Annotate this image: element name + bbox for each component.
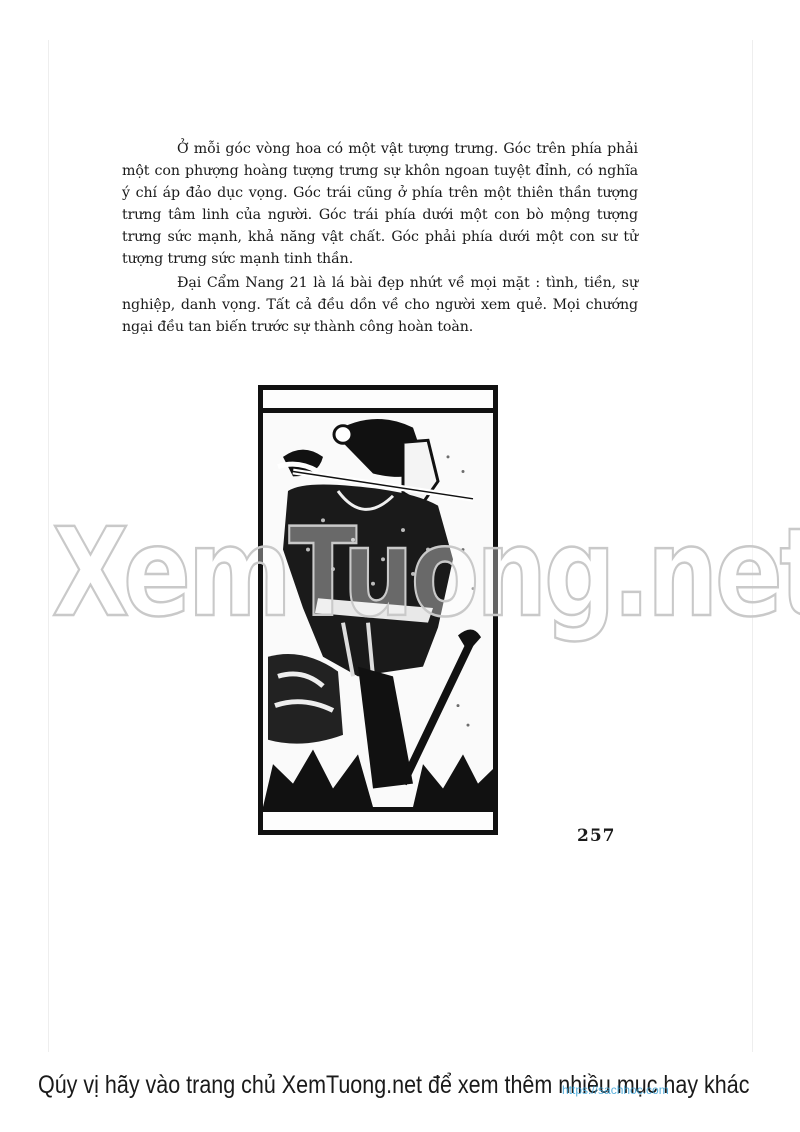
paragraph-symbols: Ở mỗi góc vòng hoa có một vật tượng trưn… — [122, 138, 638, 270]
tarot-card-illustration — [258, 385, 498, 835]
body-text: Ở mỗi góc vòng hoa có một vật tượng trưn… — [122, 138, 638, 338]
page-edge-left — [48, 40, 49, 1052]
card-top-band — [263, 390, 493, 413]
card-bottom-band — [263, 807, 493, 830]
page-number: 257 — [577, 826, 616, 846]
footer-prefix: Qúy vị hãy vào trang chủ — [38, 1071, 282, 1099]
woodcut-figure-image — [263, 413, 493, 807]
overlay-url[interactable]: https://sachhoc.com — [562, 1083, 669, 1097]
paragraph-meaning: Đại Cẩm Nang 21 là lá bài đẹp nhứt về mọ… — [122, 272, 638, 338]
page-edge-right — [752, 40, 753, 1052]
scanned-book-page: Ở mỗi góc vòng hoa có một vật tượng trưn… — [0, 0, 800, 1132]
fool-figure-icon — [263, 413, 493, 807]
footer-site-link[interactable]: XemTuong.net — [282, 1071, 422, 1099]
